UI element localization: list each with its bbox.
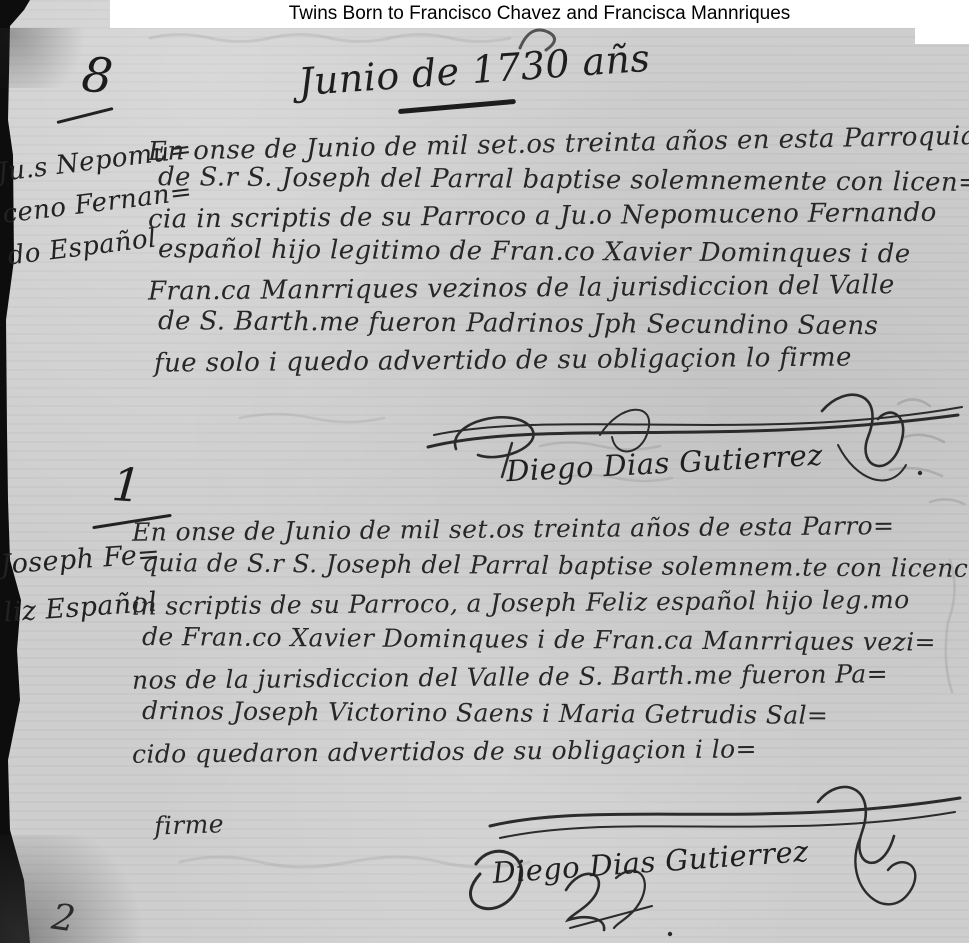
body-line: cido quedaron advertidos de su obligaçio… bbox=[132, 728, 969, 773]
page-title: Twins Born to Francisco Chavez and Franc… bbox=[289, 3, 791, 25]
body-line: de Fran.co Xavier Dominques i de Fran.ca… bbox=[142, 618, 969, 661]
entry1-margin-number: 8 bbox=[79, 47, 116, 106]
body-line: fue solo i quedo advertido de su obligaç… bbox=[154, 338, 969, 381]
title-bar: Twins Born to Francisco Chavez and Franc… bbox=[110, 0, 969, 28]
binding-edge bbox=[0, 0, 40, 943]
manuscript-page: Twins Born to Francisco Chavez and Franc… bbox=[0, 0, 969, 943]
ink-smudge bbox=[0, 835, 190, 943]
scan-corner-patch bbox=[915, 26, 969, 44]
body-line: drinos Joseph Victorino Saens i Maria Ge… bbox=[142, 692, 969, 735]
body-line: quia de S.r S. Joseph del Parral baptise… bbox=[142, 544, 969, 587]
entry1-body: En onse de Junio de mil set.os treinta a… bbox=[148, 126, 969, 378]
entry2-margin-number: 1 bbox=[110, 457, 143, 513]
